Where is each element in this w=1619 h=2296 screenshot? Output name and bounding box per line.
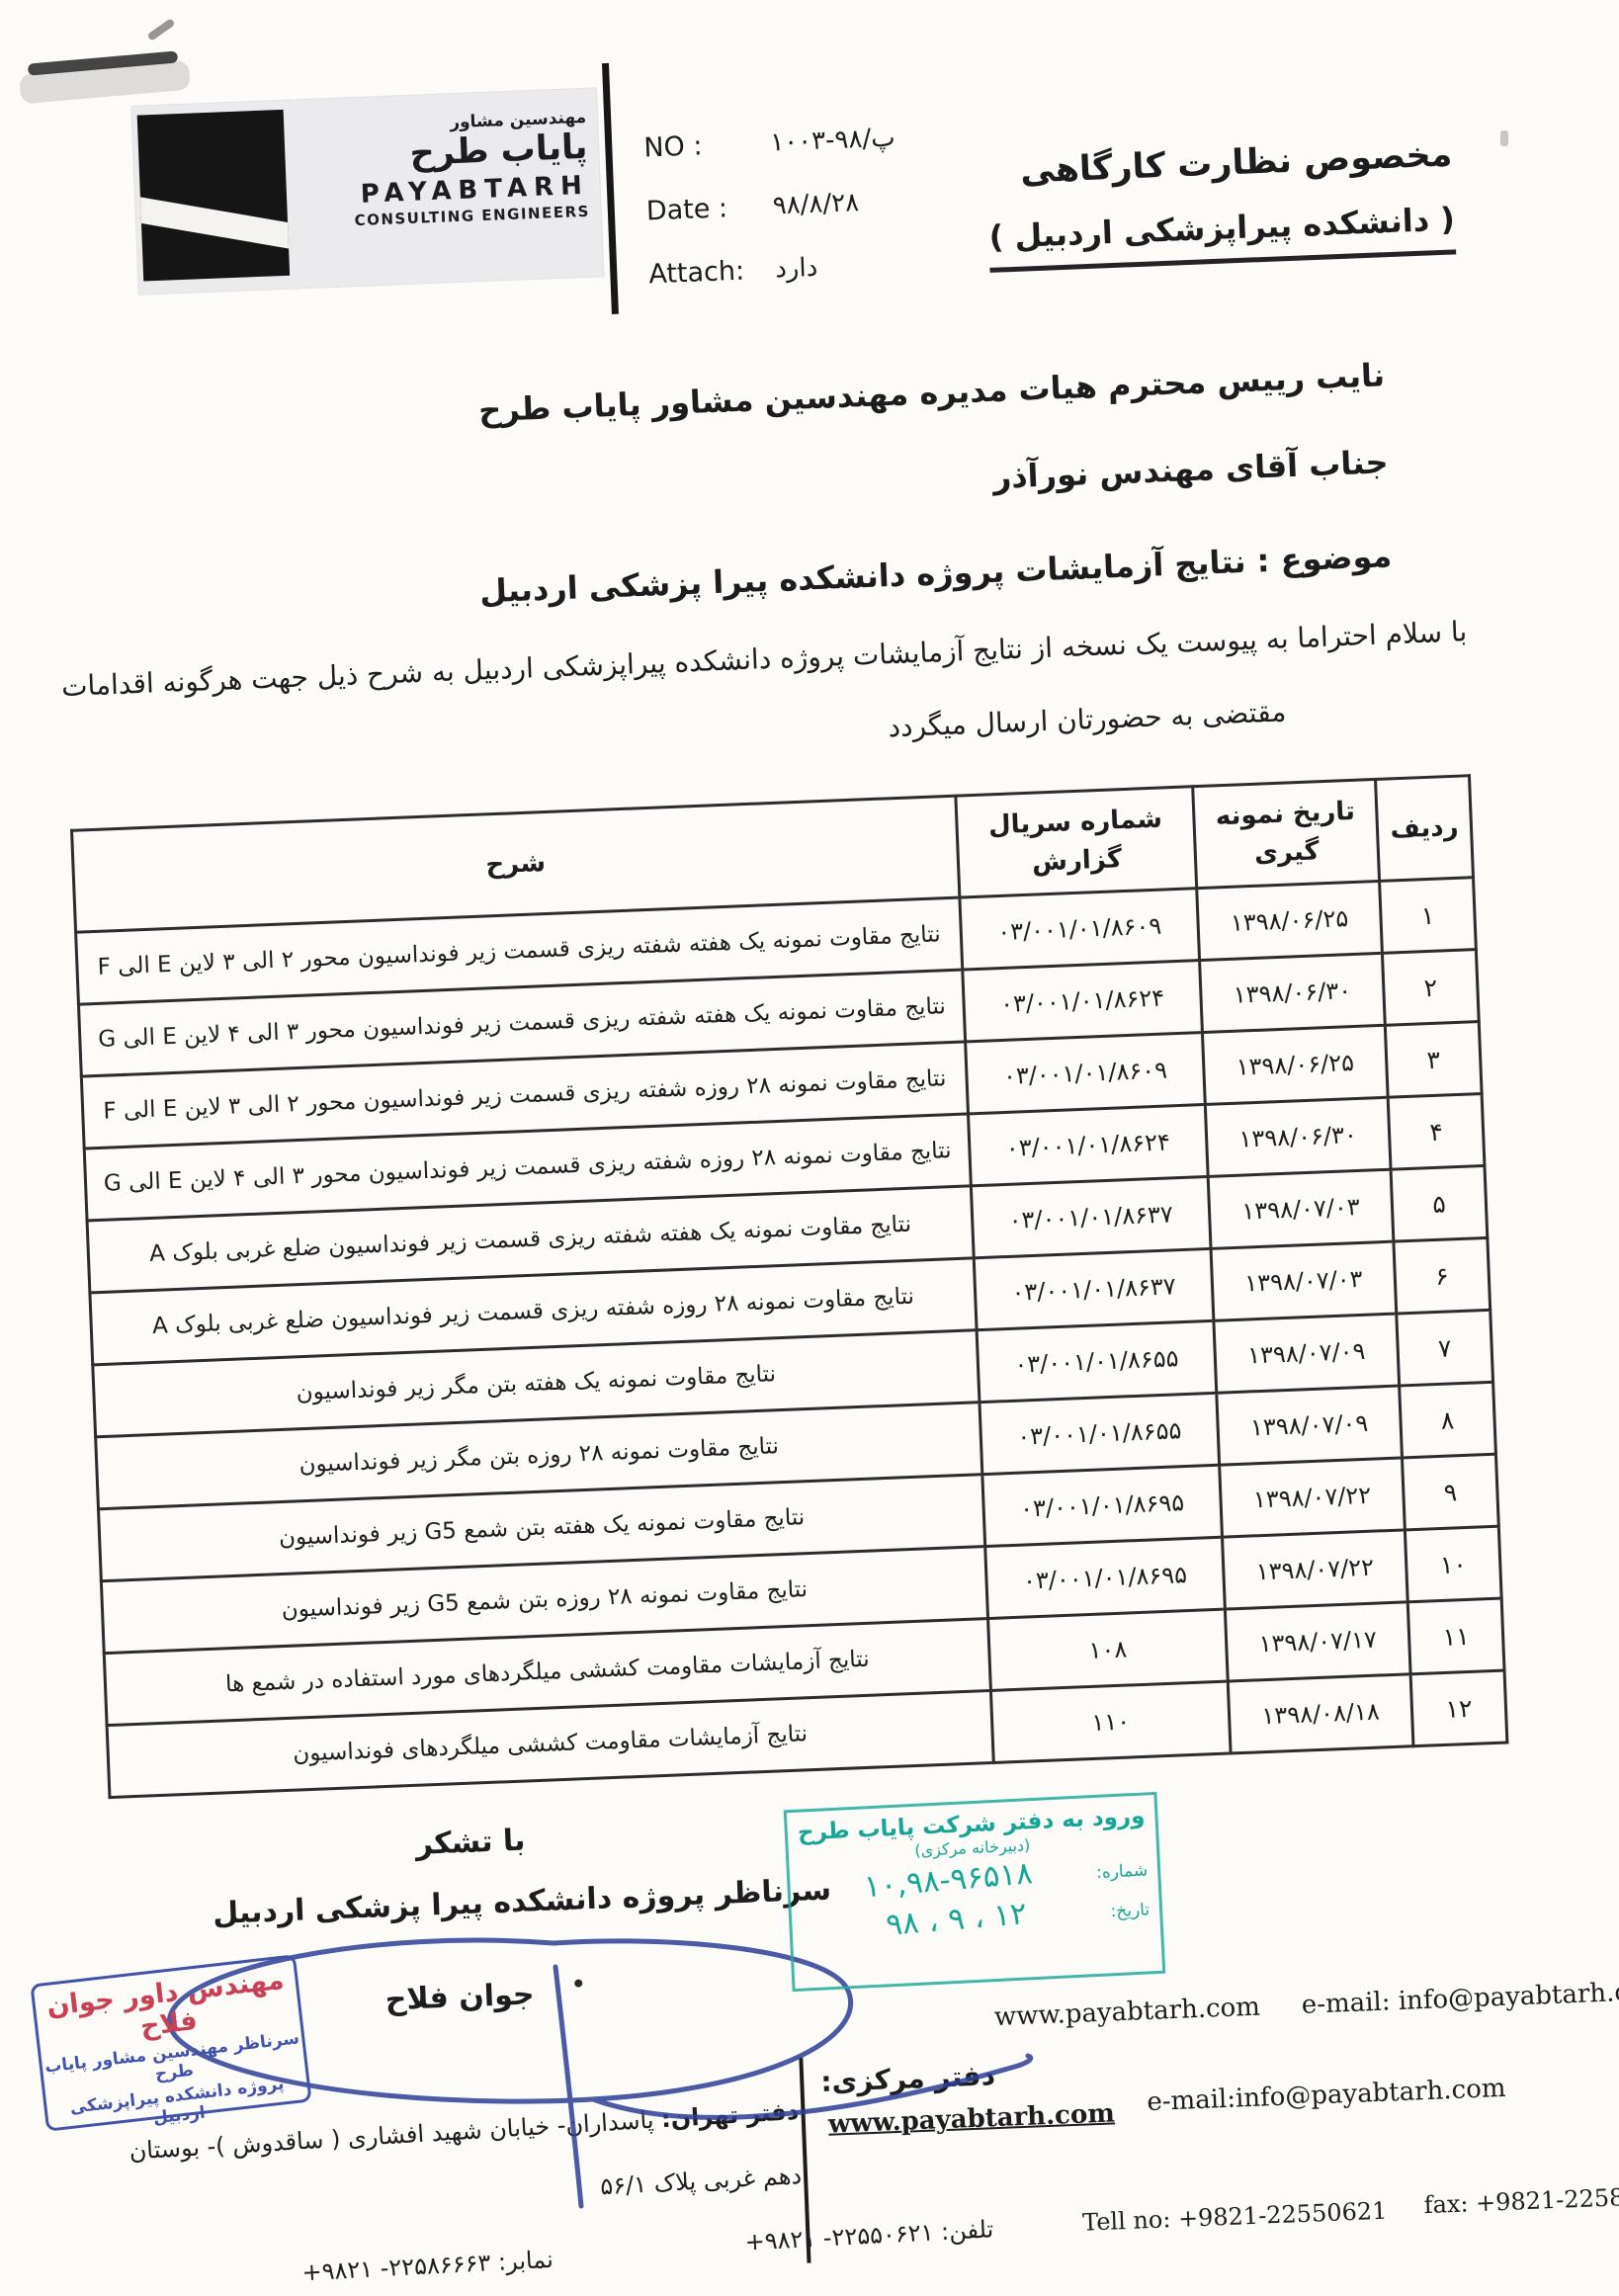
scan-dot — [1500, 130, 1508, 146]
engineer-stamp: مهندس داور جوان فلاح سرناظر مهندسین مشاو… — [30, 1954, 311, 2132]
entry-stamp-number-label: شماره: — [1096, 1860, 1149, 1883]
scanned-letter-sheet: مهندسین مشاور پایاب طرح PAYABTARH CONSUL… — [0, 0, 1619, 2296]
entry-stamp-date-label: تاریخ: — [1110, 1900, 1150, 1921]
entry-stamp: ورود به دفتر شرکت پایاب طرح (دبیرخانه مر… — [784, 1792, 1166, 1992]
